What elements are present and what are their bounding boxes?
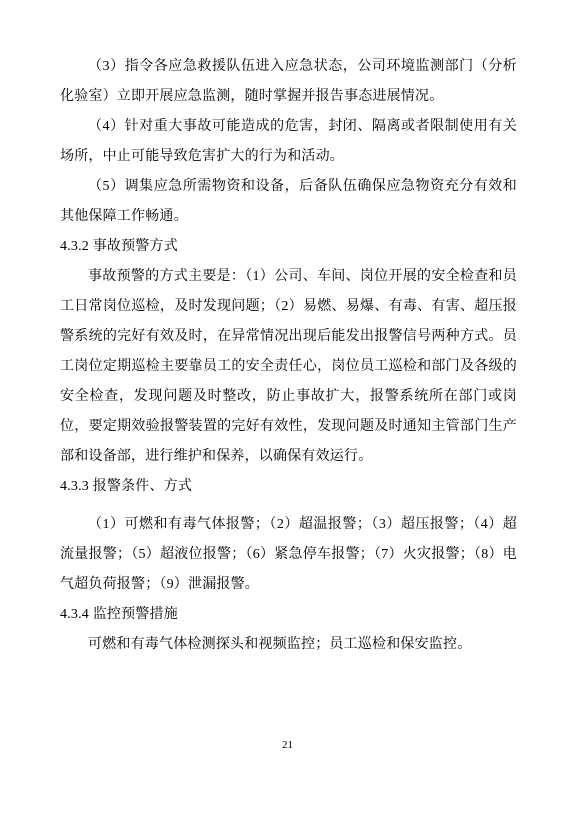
document-page: （3）指令各应急救援队伍进入应急状态，公司环境监测部门（分析化验室）立即开展应急…	[0, 0, 575, 817]
section-heading: 4.3.3 报警条件、方式	[60, 472, 517, 502]
body-paragraph: 可燃和有毒气体检测探头和视频监控；员工巡检和保安监控。	[60, 630, 517, 660]
body-paragraph: 事故预警的方式主要是：（1）公司、车间、岗位开展的安全检查和员工日常岗位巡检，及…	[60, 262, 517, 472]
body-paragraph: （5）调集应急所需物资和设备，后备队伍确保应急物资充分有效和其他保障工作畅通。	[60, 172, 517, 232]
section-heading: 4.3.4 监控预警措施	[60, 600, 517, 630]
section-heading: 4.3.2 事故预警方式	[60, 232, 517, 262]
document-body: （3）指令各应急救援队伍进入应急状态，公司环境监测部门（分析化验室）立即开展应急…	[60, 52, 517, 660]
page-number: 21	[0, 738, 575, 752]
body-paragraph: （4）针对重大事故可能造成的危害，封闭、隔离或者限制使用有关场所，中止可能导致危…	[60, 112, 517, 172]
body-paragraph: （3）指令各应急救援队伍进入应急状态，公司环境监测部门（分析化验室）立即开展应急…	[60, 52, 517, 112]
body-paragraph: （1）可燃和有毒气体报警；（2）超温报警；（3）超压报警；（4）超流量报警；（5…	[60, 510, 517, 600]
